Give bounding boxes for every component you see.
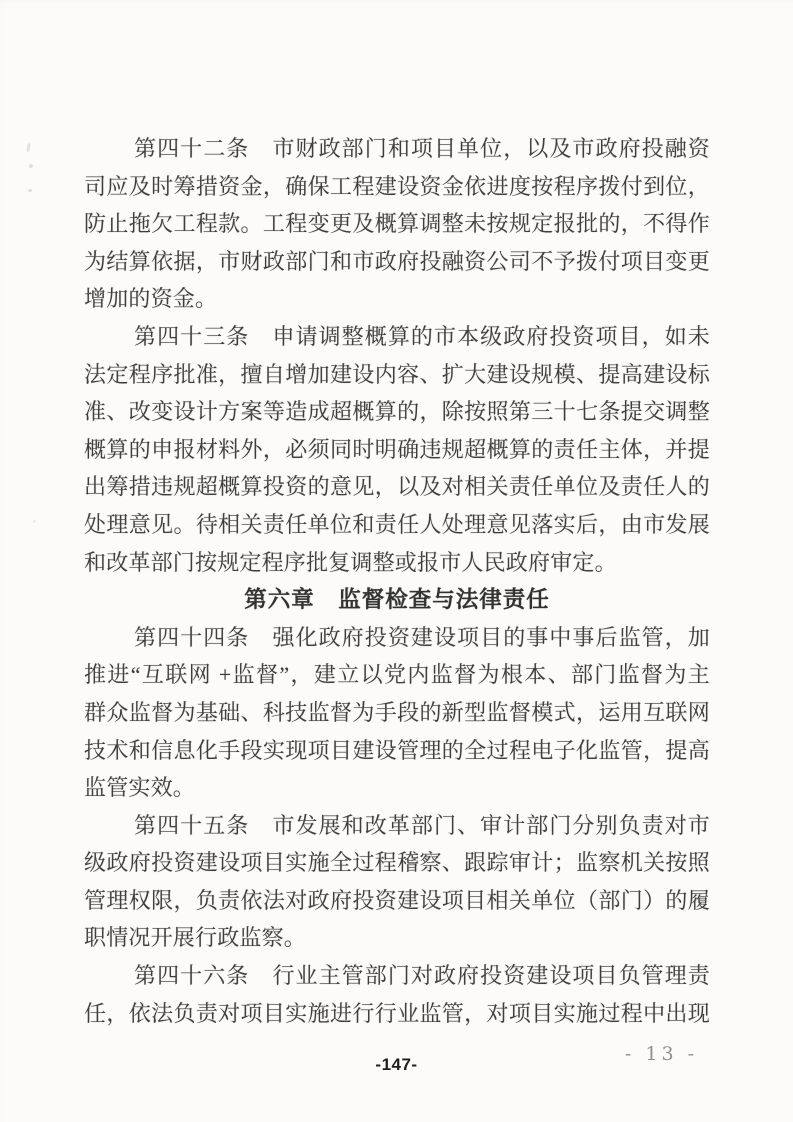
- chapter-heading: 第六章 监督检查与法律责任: [84, 581, 710, 619]
- scan-artifact: [33, 520, 36, 523]
- text-line: 司应及时筹措资金，确保工程建设资金依进度按程序拨付到位，: [84, 168, 710, 206]
- text-line: 第四十三条 申请调整概算的市本级政府投资项目，如未按: [84, 318, 710, 356]
- document-page: 第四十二条 市财政部门和项目单位，以及市政府投融资公 司应及时筹措资金，确保工程…: [0, 0, 793, 1122]
- text-line: 概算的申报材料外，必须同时明确违规超概算的责任主体，并提: [84, 431, 710, 469]
- text-line: 准、改变设计方案等造成超概算的，除按照第三十七条提交调整: [84, 393, 710, 431]
- text-line: 防止拖欠工程款。工程变更及概算调整未按规定报批的，不得作: [84, 205, 710, 243]
- text-line: 管理权限，负责依法对政府投资建设项目相关单位（部门）的履: [84, 882, 710, 920]
- text-line: 第四十五条 市发展和改革部门、审计部门分别负责对市本: [84, 807, 710, 845]
- text-line: 群众监督为基础、科技监督为手段的新型监督模式，运用互联网: [84, 694, 710, 732]
- text-line: 为结算依据，市财政部门和市政府投融资公司不予拨付项目变更: [84, 243, 710, 281]
- text-line: 任，依法负责对项目实施进行行业监管，对项目实施过程中出现: [84, 995, 710, 1033]
- text-line: 第四十四条 强化政府投资建设项目的事中事后监管，加快: [84, 619, 710, 657]
- text-line: 职情况开展行政监察。: [84, 919, 710, 957]
- text-line: 级政府投资建设项目实施全过程稽察、跟踪审计；监察机关按照: [84, 844, 710, 882]
- scan-artifact: [26, 143, 31, 152]
- text-line: 第四十六条 行业主管部门对政府投资建设项目负管理责: [84, 957, 710, 995]
- scan-artifact: [29, 164, 33, 168]
- text-line: 监管实效。: [84, 769, 710, 807]
- document-body: 第四十二条 市财政部门和项目单位，以及市政府投融资公 司应及时筹措资金，确保工程…: [84, 130, 710, 1032]
- text-line: 推进“互联网 +监督”，建立以党内监督为根本、部门监督为主体、: [84, 656, 710, 694]
- text-line: 处理意见。待相关责任单位和责任人处理意见落实后，由市发展: [84, 506, 710, 544]
- scan-artifact: [28, 189, 32, 192]
- page-number-document: - 13 -: [625, 1043, 698, 1065]
- text-line: 技术和信息化手段实现项目建设管理的全过程电子化监管，提高: [84, 732, 710, 770]
- text-line: 和改革部门按规定程序批复调整或报市人民政府审定。: [84, 544, 710, 582]
- text-line: 法定程序批准，擅自增加建设内容、扩大建设规模、提高建设标: [84, 356, 710, 394]
- text-line: 出筹措违规超概算投资的意见，以及对相关责任单位及责任人的: [84, 468, 710, 506]
- text-line: 增加的资金。: [84, 280, 710, 318]
- text-line: 第四十二条 市财政部门和项目单位，以及市政府投融资公: [84, 130, 710, 168]
